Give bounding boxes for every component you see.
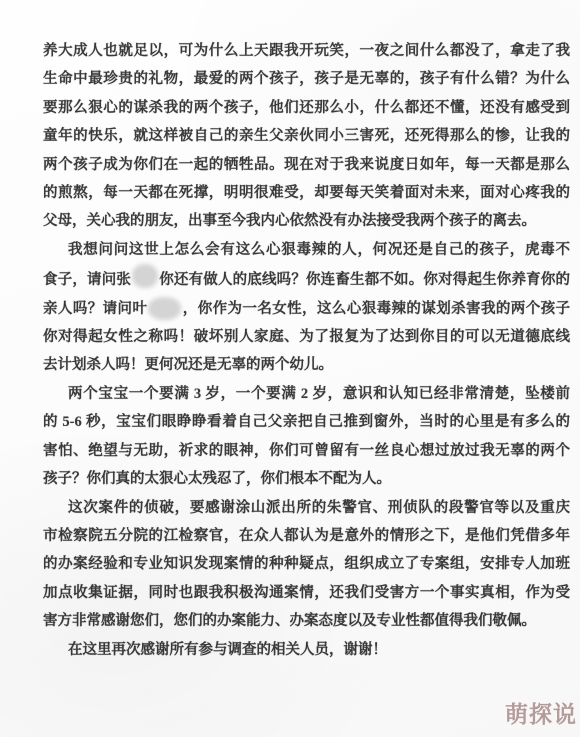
- doc-text: 两个孩子成为你们在一起的牺牲品。现在对于我来说度日如年，每一天都是那么: [43, 157, 570, 173]
- doc-text: 的煎熬，每一天都在死撑，明明很难受，却要每天笑着面对未来，面对心疼我的: [43, 185, 570, 201]
- doc-line: 你对得起女性之称吗！破坏别人家庭、为了报复为了达到你目的可以无道德底线: [43, 323, 570, 351]
- doc-line: 父母，关心我的朋友，出事至今我内心依然没有办法接受我两个孩子的离去。: [43, 207, 570, 235]
- doc-line: 的煎熬，每一天都在死撑，明明很难受，却要每天笑着面对未来，面对心疼我的: [43, 179, 570, 207]
- doc-line: 市检察院五分院的江检察官，在众人都认为是意外的情形之下，是他们凭借多年: [43, 522, 570, 550]
- doc-text: 你对得起女性之称吗！破坏别人家庭、为了报复为了达到你目的可以无道德底线: [43, 329, 570, 345]
- doc-line: 养大成人也就足以，可为什么上天跟我开玩笑，一夜之间什么都没了，拿走了我: [43, 37, 570, 65]
- doc-text: 养大成人也就足以，可为什么上天跟我开玩笑，一夜之间什么都没了，拿走了我: [43, 43, 570, 59]
- doc-text: 去计划杀人吗！更何况还是无辜的两个幼儿。: [43, 357, 333, 373]
- doc-line: 亲人吗？请问叶，你作为一名女性，这么心狠毒辣的谋划杀害我的两个孩子: [43, 295, 570, 323]
- watermark: 萌探说: [505, 696, 577, 729]
- doc-text: ，你作为一名女性，这么心狠毒辣的谋划杀害我的两个孩子: [182, 301, 570, 317]
- doc-text: 要那么狠心的谋杀我的两个孩子，他们还那么小，什么都还不懂，还没有感受到: [43, 100, 570, 116]
- doc-text: 害怕、绝望与无助，祈求的眼神，你们可曾留有一丝良心想过放过我无辜的两个: [43, 443, 570, 459]
- doc-line: 两个孩子成为你们在一起的牺牲品。现在对于我来说度日如年，每一天都是那么: [43, 151, 570, 179]
- doc-line: 在这里再次感谢所有参与调查的相关人员，谢谢！: [43, 636, 570, 664]
- doc-text: 我想问问这世上怎么会有这么心狠毒辣的人，何况还是自己的孩子，虎毒不: [68, 242, 570, 258]
- doc-line: 的办案经验和专业知识发现案情的种种疑点，组织成立了专案组，安排专人加班: [43, 550, 570, 578]
- letter-text: 养大成人也就足以，可为什么上天跟我开玩笑，一夜之间什么都没了，拿走了我生命中最珍…: [43, 37, 570, 664]
- doc-text: 你还有做人的底线吗？你连畜生都不如。你对得起生你养育你的: [159, 272, 570, 288]
- doc-text: 食子，请问张: [43, 272, 131, 288]
- doc-text: 在这里再次感谢所有参与调查的相关人员，谢谢！: [68, 642, 387, 658]
- doc-line: 害方非常感谢您们，您们的办案能力、办案态度以及专业性都值得我们敬佩。: [43, 607, 570, 635]
- doc-line: 孩子？你们真的太狠心太残忍了，你们根本不配为人。: [43, 465, 570, 493]
- doc-text: 市检察院五分院的江检察官，在众人都认为是意外的情形之下，是他们凭借多年: [43, 528, 570, 544]
- doc-text: 害方非常感谢您们，您们的办案能力、办案态度以及专业性都值得我们敬佩。: [43, 613, 536, 629]
- doc-text: 的办案经验和专业知识发现案情的种种疑点，组织成立了专案组，安排专人加班: [43, 556, 570, 572]
- doc-text: 父母，关心我的朋友，出事至今我内心依然没有办法接受我两个孩子的离去。: [43, 213, 536, 229]
- doc-line: 害怕、绝望与无助，祈求的眼神，你们可曾留有一丝良心想过放过我无辜的两个: [43, 437, 570, 465]
- doc-text: 生命中最珍贵的礼物，最爱的两个孩子，孩子是无辜的，孩子有什么错？为什么: [43, 71, 570, 87]
- censor-blur: [132, 264, 158, 288]
- doc-line: 这次案件的侦破，要感谢涂山派出所的朱警官、刑侦队的段警官等以及重庆: [43, 494, 570, 522]
- document-photo: 养大成人也就足以，可为什么上天跟我开玩笑，一夜之间什么都没了，拿走了我生命中最珍…: [0, 0, 580, 737]
- doc-line: 生命中最珍贵的礼物，最爱的两个孩子，孩子是无辜的，孩子有什么错？为什么: [43, 65, 570, 93]
- doc-text: 两个宝宝一个要满 3 岁，一个要满 2 岁，意识和认知已经非常清楚，坠楼前: [68, 386, 570, 402]
- doc-line: 的 5-6 秒，宝宝们眼睁睁看着自己父亲把自己推到窗外，当时的心里是有多么的: [43, 408, 570, 436]
- censor-blur: [148, 297, 181, 320]
- doc-line: 食子，请问张你还有做人的底线吗？你连畜生都不如。你对得起生你养育你的: [43, 264, 570, 294]
- doc-text: 这次案件的侦破，要感谢涂山派出所的朱警官、刑侦队的段警官等以及重庆: [68, 500, 570, 516]
- doc-text: 的 5-6 秒，宝宝们眼睁睁看着自己父亲把自己推到窗外，当时的心里是有多么的: [43, 414, 570, 430]
- doc-text: 童年的快乐，就这样被自己的亲生父亲伙同小三害死，还死得那么的惨，让我的: [43, 128, 570, 144]
- doc-text: 亲人吗？请问叶: [43, 301, 147, 317]
- doc-text: 加点收集证据，同时也跟我积极沟通案情，还我们受害方一个事实真相，作为受: [43, 585, 570, 601]
- doc-line: 两个宝宝一个要满 3 岁，一个要满 2 岁，意识和认知已经非常清楚，坠楼前: [43, 380, 570, 408]
- doc-line: 去计划杀人吗！更何况还是无辜的两个幼儿。: [43, 351, 570, 379]
- doc-line: 我想问问这世上怎么会有这么心狠毒辣的人，何况还是自己的孩子，虎毒不: [43, 236, 570, 264]
- doc-line: 要那么狠心的谋杀我的两个孩子，他们还那么小，什么都还不懂，还没有感受到: [43, 94, 570, 122]
- doc-text: 孩子？你们真的太狠心太残忍了，你们根本不配为人。: [43, 471, 391, 487]
- doc-line: 童年的快乐，就这样被自己的亲生父亲伙同小三害死，还死得那么的惨，让我的: [43, 122, 570, 150]
- doc-line: 加点收集证据，同时也跟我积极沟通案情，还我们受害方一个事实真相，作为受: [43, 579, 570, 607]
